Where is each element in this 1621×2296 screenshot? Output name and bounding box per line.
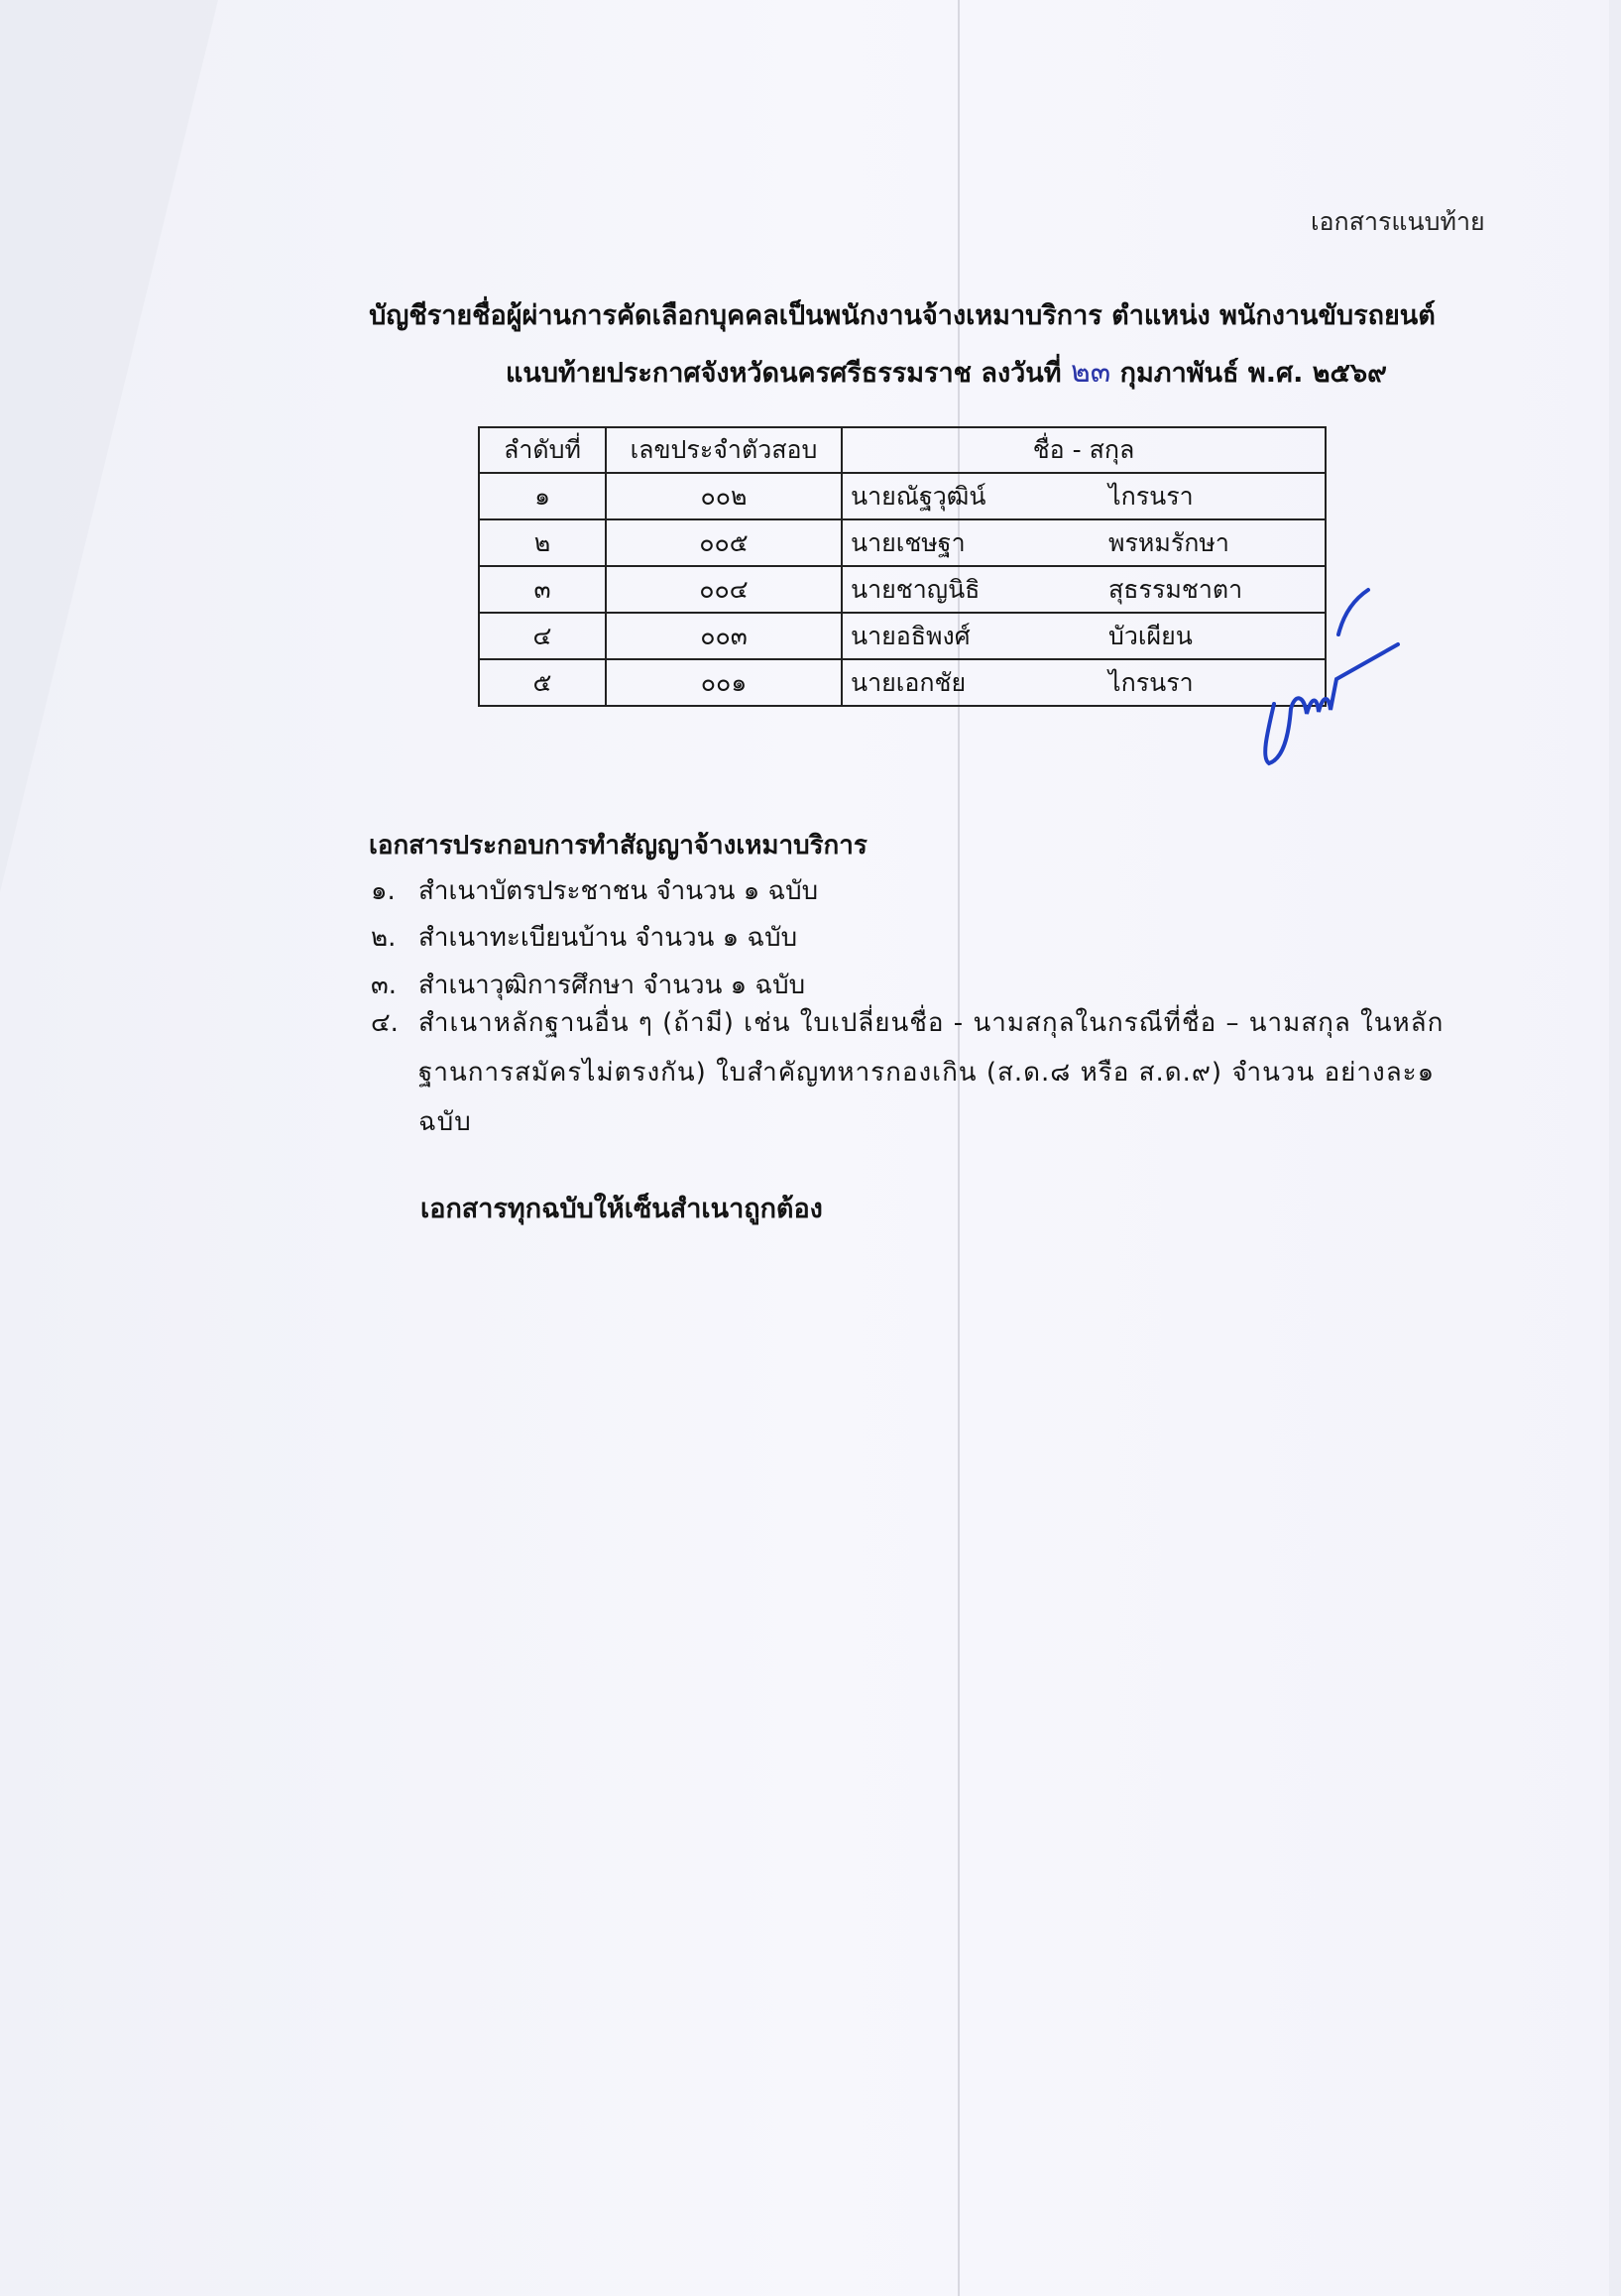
item-text: สำเนาทะเบียนบ้าน จำนวน ๑ ฉบับ [418, 923, 797, 953]
table-header-row: ลำดับที่ เลขประจำตัวสอบ ชื่อ - สกุล [479, 427, 1326, 473]
cell-name: นายชาญนิธิสุธรรมชาตา [842, 566, 1326, 613]
last-name: ไกรนรา [1108, 668, 1194, 697]
item-text: สำเนาหลักฐานอื่น ๆ (ถ้ามี) เช่น ใบเปลี่ย… [418, 998, 1449, 1147]
header-exam-id: เลขประจำตัวสอบ [606, 427, 842, 473]
handwritten-day: ๒๓ [1071, 355, 1110, 390]
cell-name: นายณัฐวุฒิน์ไกรนรา [842, 473, 1326, 519]
requirement-item: ๒.สำเนาทะเบียนบ้าน จำนวน ๑ ฉบับ [371, 917, 797, 958]
requirement-item: ๑.สำเนาบัตรประชาชน จำนวน ๑ ฉบับ [371, 870, 818, 911]
first-name: นายณัฐวุฒิน์ [851, 477, 1108, 517]
signature [1259, 585, 1408, 783]
first-name: นายอธิพงศ์ [851, 617, 1108, 656]
fold-line [958, 0, 960, 2296]
scan-edge [1609, 0, 1621, 2296]
cell-exam-id: ๐๐๓ [606, 613, 842, 659]
document-subtitle: แนบท้ายประกาศจังหวัดนครศรีธรรมราช ลงวันท… [506, 349, 1457, 396]
cell-name: นายเอกชัยไกรนรา [842, 659, 1326, 706]
cell-order: ๑ [479, 473, 606, 519]
closing-note: เอกสารทุกฉบับให้เซ็นสำเนาถูกต้อง [420, 1187, 823, 1229]
candidate-table: ลำดับที่ เลขประจำตัวสอบ ชื่อ - สกุล ๑๐๐๒… [478, 426, 1327, 707]
first-name: นายเชษฐา [851, 523, 1108, 563]
cell-order: ๕ [479, 659, 606, 706]
cell-order: ๓ [479, 566, 606, 613]
cell-exam-id: ๐๐๒ [606, 473, 842, 519]
last-name: ไกรนรา [1108, 482, 1194, 511]
scanned-page: เอกสารแนบท้าย บัญชีรายชื่อผู้ผ่านการคัดเ… [0, 0, 1621, 2296]
cell-exam-id: ๐๐๕ [606, 519, 842, 566]
table-row: ๑๐๐๒นายณัฐวุฒิน์ไกรนรา [479, 473, 1326, 519]
table-row: ๕๐๐๑นายเอกชัยไกรนรา [479, 659, 1326, 706]
last-name: พรหมรักษา [1108, 528, 1229, 557]
subtitle-prefix: แนบท้ายประกาศจังหวัดนครศรีธรรมราช ลงวันท… [506, 358, 1062, 389]
item-number: ๔. [371, 998, 418, 1048]
cell-exam-id: ๐๐๑ [606, 659, 842, 706]
first-name: นายชาญนิธิ [851, 570, 1108, 610]
requirement-item: ๔.สำเนาหลักฐานอื่น ๆ (ถ้ามี) เช่น ใบเปลี… [371, 998, 1461, 1147]
scan-shadow [0, 0, 218, 892]
cell-name: นายเชษฐาพรหมรักษา [842, 519, 1326, 566]
requirements-title: เอกสารประกอบการทำสัญญาจ้างเหมาบริการ [369, 825, 868, 865]
item-text: สำเนาบัตรประชาชน จำนวน ๑ ฉบับ [418, 876, 818, 906]
cell-exam-id: ๐๐๔ [606, 566, 842, 613]
cell-order: ๔ [479, 613, 606, 659]
header-order: ลำดับที่ [479, 427, 606, 473]
document-title: บัญชีรายชื่อผู้ผ่านการคัดเลือกบุคคลเป็นพ… [357, 293, 1447, 336]
header-name: ชื่อ - สกุล [842, 427, 1326, 473]
first-name: นายเอกชัย [851, 663, 1108, 703]
last-name: สุธรรมชาตา [1108, 575, 1242, 604]
item-text: สำเนาวุฒิการศึกษา จำนวน ๑ ฉบับ [418, 971, 805, 1000]
table-row: ๓๐๐๔นายชาญนิธิสุธรรมชาตา [479, 566, 1326, 613]
attachment-label: เอกสารแนบท้าย [1311, 202, 1485, 242]
cell-name: นายอธิพงศ์บัวเผียน [842, 613, 1326, 659]
table-row: ๔๐๐๓นายอธิพงศ์บัวเผียน [479, 613, 1326, 659]
table-row: ๒๐๐๕นายเชษฐาพรหมรักษา [479, 519, 1326, 566]
last-name: บัวเผียน [1108, 622, 1193, 650]
item-number: ๑. [371, 870, 418, 911]
item-number: ๒. [371, 917, 418, 958]
cell-order: ๒ [479, 519, 606, 566]
subtitle-suffix: กุมภาพันธ์ พ.ศ. ๒๕๖๙ [1120, 358, 1387, 389]
